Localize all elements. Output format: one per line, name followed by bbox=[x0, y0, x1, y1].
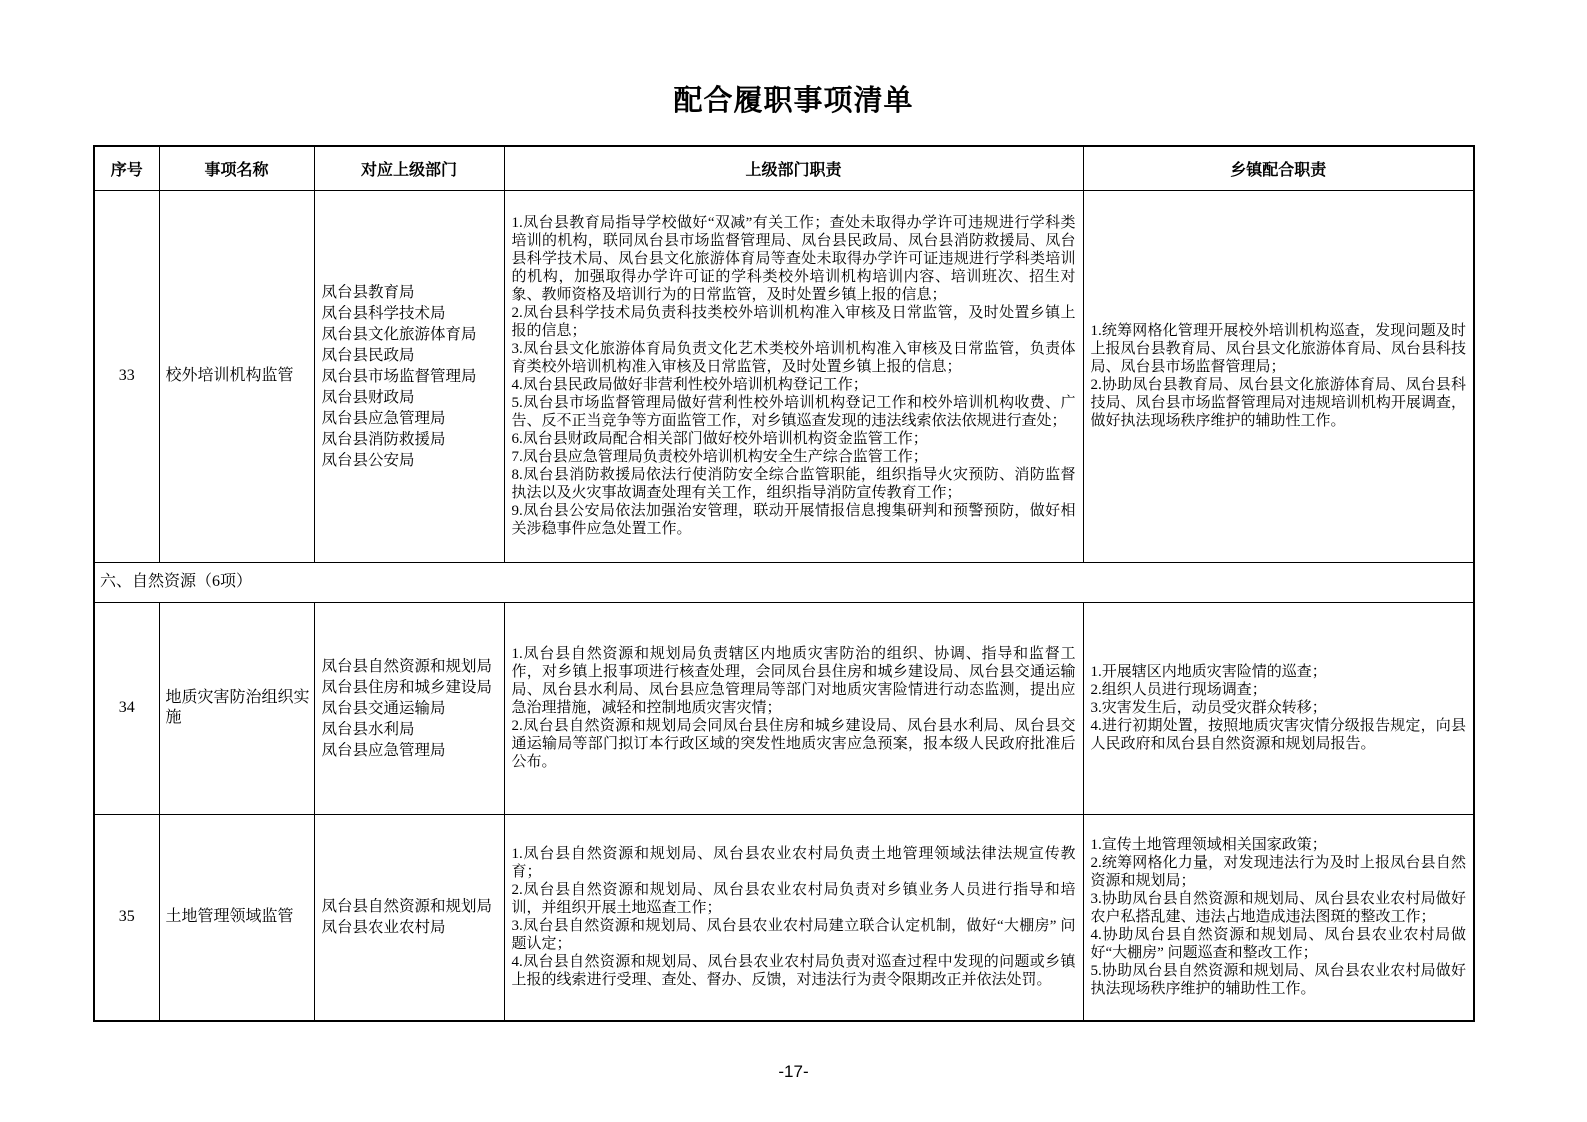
header-superior-department: 对应上级部门 bbox=[314, 146, 504, 190]
header-township-duties: 乡镇配合职责 bbox=[1083, 146, 1474, 190]
header-serial-number: 序号 bbox=[94, 146, 159, 190]
header-item-name: 事项名称 bbox=[159, 146, 314, 190]
cell-serial-number: 34 bbox=[94, 602, 159, 814]
cell-departments: 凤台县自然资源和规划局 凤台县住房和城乡建设局 凤台县交通运输局 凤台县水利局 … bbox=[314, 602, 504, 814]
cell-serial-number: 35 bbox=[94, 814, 159, 1021]
cell-item-name: 校外培训机构监管 bbox=[159, 190, 314, 562]
page-number: -17- bbox=[0, 1062, 1587, 1082]
cell-superior-duties: 1.凤台县自然资源和规划局、凤台县农业农村局负责土地管理领域法律法规宣传教育； … bbox=[504, 814, 1083, 1021]
header-superior-duties: 上级部门职责 bbox=[504, 146, 1083, 190]
cell-township-duties: 1.宣传土地管理领域相关国家政策； 2.统筹网格化力量，对发现违法行为及时上报凤… bbox=[1083, 814, 1474, 1021]
table-row-35: 35 土地管理领域监管 凤台县自然资源和规划局 凤台县农业农村局 1.凤台县自然… bbox=[94, 814, 1474, 1021]
table-row-34: 34 地质灾害防治组织实施 凤台县自然资源和规划局 凤台县住房和城乡建设局 凤台… bbox=[94, 602, 1474, 814]
cell-superior-duties: 1.凤台县教育局指导学校做好“双减”有关工作；查处未取得办学许可违规进行学科类培… bbox=[504, 190, 1083, 562]
header-row: 序号 事项名称 对应上级部门 上级部门职责 乡镇配合职责 bbox=[94, 146, 1474, 190]
cell-superior-duties: 1.凤台县自然资源和规划局负责辖区内地质灾害防治的组织、协调、指导和监督工作，对… bbox=[504, 602, 1083, 814]
page-title: 配合履职事项清单 bbox=[0, 0, 1587, 119]
cell-serial-number: 33 bbox=[94, 190, 159, 562]
cell-departments: 凤台县教育局 凤台县科学技术局 凤台县文化旅游体育局 凤台县民政局 凤台县市场监… bbox=[314, 190, 504, 562]
section-row-natural-resources: 六、自然资源（6项） bbox=[94, 562, 1474, 602]
cell-item-name: 地质灾害防治组织实施 bbox=[159, 602, 314, 814]
cell-township-duties: 1.统筹网格化管理开展校外培训机构巡查，发现问题及时上报凤台县教育局、凤台县文化… bbox=[1083, 190, 1474, 562]
table-header: 序号 事项名称 对应上级部门 上级部门职责 乡镇配合职责 bbox=[94, 146, 1474, 190]
section-header-label: 六、自然资源（6项） bbox=[94, 562, 1474, 602]
duties-table: 序号 事项名称 对应上级部门 上级部门职责 乡镇配合职责 33 校外培训机构监管… bbox=[93, 145, 1475, 1022]
table-row-33: 33 校外培训机构监管 凤台县教育局 凤台县科学技术局 凤台县文化旅游体育局 凤… bbox=[94, 190, 1474, 562]
table-body: 33 校外培训机构监管 凤台县教育局 凤台县科学技术局 凤台县文化旅游体育局 凤… bbox=[94, 190, 1474, 1021]
cell-township-duties: 1.开展辖区内地质灾害险情的巡查； 2.组织人员进行现场调查； 3.灾害发生后，… bbox=[1083, 602, 1474, 814]
document-page: 配合履职事项清单 序号 事项名称 对应上级部门 上级部门职责 乡镇配合职责 33… bbox=[0, 0, 1587, 1122]
cell-item-name: 土地管理领域监管 bbox=[159, 814, 314, 1021]
cell-departments: 凤台县自然资源和规划局 凤台县农业农村局 bbox=[314, 814, 504, 1021]
